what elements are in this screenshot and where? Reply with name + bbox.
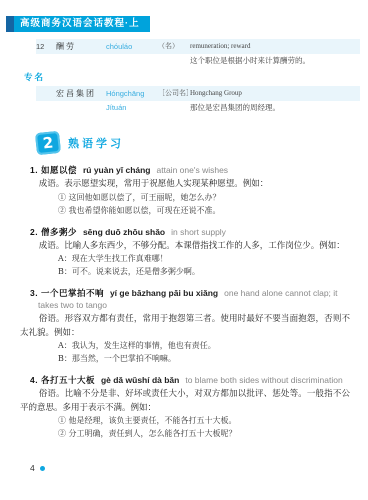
idiom-item: 2. 僧多粥少sēng duō zhōu shǎoin short supply… xyxy=(20,226,350,279)
idiom-english: attain one's wishes xyxy=(157,165,229,175)
idiom-example: B：那当然，一个巴掌拍不响嘛。 xyxy=(58,352,350,365)
idiom-explanation: 成语。比喻人多东西少，不够分配。本课借指找工作的人多，工作岗位少。例如： xyxy=(20,239,350,253)
section-title: 熟语学习 xyxy=(68,135,124,151)
word-number: 12 xyxy=(36,39,56,54)
idiom-title: 1. 如愿以偿rú yuàn yǐ chángattain one's wish… xyxy=(30,164,350,176)
idiom-example: ① 他是经理，该负主要责任，不能各打五十大板。 xyxy=(58,414,350,427)
idiom-explanation: 成语。表示愿望实现，常用于祝愿他人实现某种愿望。例如： xyxy=(20,177,350,191)
page-footer: 4 xyxy=(30,463,45,473)
idiom-explanation: 俗语。比喻不分是非、好坏或责任大小，对双方都加以批评、惩处等。一般指不公平的意思… xyxy=(20,387,350,414)
idiom-english: in short supply xyxy=(171,227,226,237)
page-dot-icon xyxy=(40,466,45,471)
section-heading: 2 熟语学习 xyxy=(36,132,124,154)
idiom-title: 3. 一个巴掌拍不响yí ge bāzhang pāi bu xiǎngone … xyxy=(30,287,350,311)
vocab-table: 12 酬劳 chóuláo （名） remuneration; reward 这… xyxy=(36,39,360,115)
idiom-example: B：可不。说来说去，还是僧多粥少啊。 xyxy=(58,265,350,278)
page-number: 4 xyxy=(30,463,35,473)
header-bar: 高级商务汉语会话教程·上 xyxy=(6,16,150,32)
word-pinyin: chóuláo xyxy=(106,39,158,54)
vocab-example-row: Jítuán 那位是宏昌集团的周经理。 xyxy=(36,101,360,115)
proper-noun-label: 专名 xyxy=(24,68,360,86)
idiom-pinyin: yí ge bāzhang pāi bu xiǎng xyxy=(110,288,218,298)
word-meaning: Hongchang Group xyxy=(190,86,360,101)
idiom-title: 2. 僧多粥少sēng duō zhōu shǎoin short supply xyxy=(30,226,350,238)
idiom-phrase: 2. 僧多粥少 xyxy=(30,227,77,237)
word-chinese: 宏昌集团 xyxy=(56,86,106,101)
word-pinyin-wrap: Jítuán xyxy=(106,101,158,115)
vocab-row: 12 酬劳 chóuláo （名） remuneration; reward xyxy=(36,39,360,54)
idiom-pinyin: sēng duō zhōu shǎo xyxy=(83,227,165,237)
idiom-example: ② 我也希望你能如愿以偿，可现在还说不准。 xyxy=(58,204,350,217)
idiom-pinyin: gè dǎ wǔshí dà bǎn xyxy=(101,375,179,385)
idiom-item: 4. 各打五十大板gè dǎ wǔshí dà bǎnto blame both… xyxy=(20,374,350,440)
idiom-example: ② 分工明确，责任到人，怎么能各打五十大板呢？ xyxy=(58,427,350,440)
idiom-example: ① 这回他如愿以偿了，可王丽呢，她怎么办？ xyxy=(58,191,350,204)
word-meaning: remuneration; reward xyxy=(190,39,360,54)
example-sentence: 这个职位是根据小时来计算酬劳的。 xyxy=(190,54,360,68)
idiom-phrase: 1. 如愿以偿 xyxy=(30,165,77,175)
company-name-tag: ［公司名］ xyxy=(158,86,190,101)
idiom-item: 1. 如愿以偿rú yuàn yǐ chángattain one's wish… xyxy=(20,164,350,217)
idiom-list: 1. 如愿以偿rú yuàn yǐ chángattain one's wish… xyxy=(20,164,350,449)
vocab-row: 宏昌集团 Hóngchāng ［公司名］ Hongchang Group xyxy=(36,86,360,101)
textbook-page: 高级商务汉语会话教程·上 12 酬劳 chóuláo （名） remunerat… xyxy=(0,0,368,500)
header-accent-strip xyxy=(6,16,14,32)
section-number-icon: 2 xyxy=(35,131,61,155)
idiom-pinyin: rú yuàn yǐ cháng xyxy=(83,165,151,175)
idiom-phrase: 3. 一个巴掌拍不响 xyxy=(30,288,104,298)
idiom-item: 3. 一个巴掌拍不响yí ge bāzhang pāi bu xiǎngone … xyxy=(20,287,350,365)
idiom-phrase: 4. 各打五十大板 xyxy=(30,375,95,385)
idiom-english: to blame both sides without discriminati… xyxy=(185,375,342,385)
book-title: 高级商务汉语会话教程·上 xyxy=(14,16,150,32)
part-of-speech: （名） xyxy=(158,39,190,54)
word-pinyin: Hóngchāng xyxy=(106,86,158,101)
idiom-title: 4. 各打五十大板gè dǎ wǔshí dà bǎnto blame both… xyxy=(30,374,350,386)
vocab-example-row: 这个职位是根据小时来计算酬劳的。 xyxy=(36,54,360,68)
idiom-example: A：我认为，发生这样的事情，他也有责任。 xyxy=(58,339,350,352)
example-sentence: 那位是宏昌集团的周经理。 xyxy=(190,101,360,115)
idiom-explanation: 俗语。形容双方都有责任，常用于抱怨第三者。使用时最好不要当面抱怨，否则不太礼貌。… xyxy=(20,312,350,339)
word-chinese: 酬劳 xyxy=(56,39,106,54)
idiom-example: A：现在大学生找工作真难哪！ xyxy=(58,252,350,265)
